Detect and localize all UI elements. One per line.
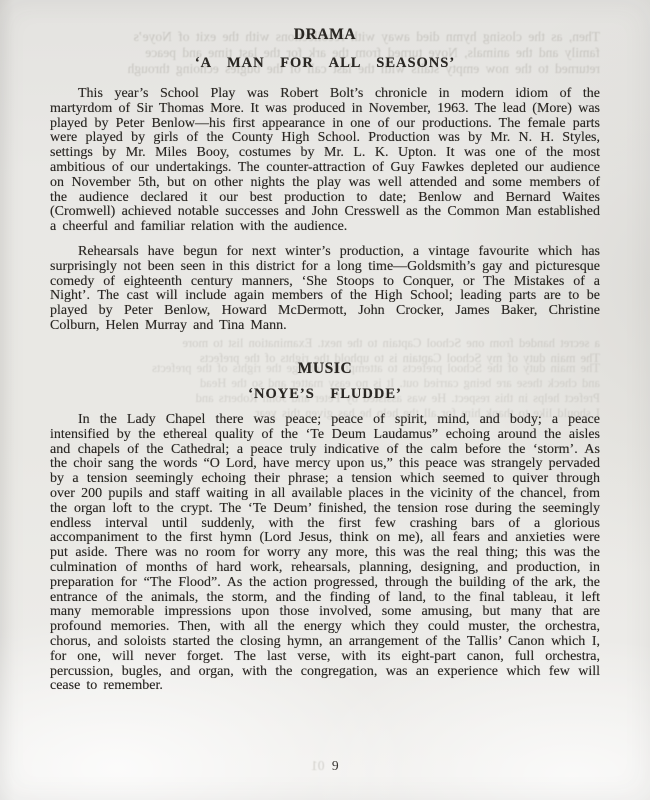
page-content: DRAMA ‘A MAN FOR ALL SEASONS’ This year’… <box>0 0 650 800</box>
showthrough-page-mark: 01 <box>311 758 325 774</box>
page-footer: 019 <box>50 758 600 774</box>
play-title-heading: ‘A MAN FOR ALL SEASONS’ <box>50 55 600 72</box>
page-number: 9 <box>332 758 339 773</box>
scanned-magazine-page: Then, as the closing hymn died away with… <box>0 0 650 800</box>
music-paragraph-1: In the Lady Chapel there was peace; peac… <box>50 413 600 694</box>
piece-title-heading: ‘NOYE’S FLUDDE’ <box>50 386 600 403</box>
drama-paragraph-2: Rehearsals have begun for next winter’s … <box>50 245 600 334</box>
drama-section-heading: DRAMA <box>50 26 600 44</box>
music-section-heading: MUSIC <box>50 360 600 378</box>
drama-paragraph-1: This year’s School Play was Robert Bolt’… <box>50 87 600 235</box>
